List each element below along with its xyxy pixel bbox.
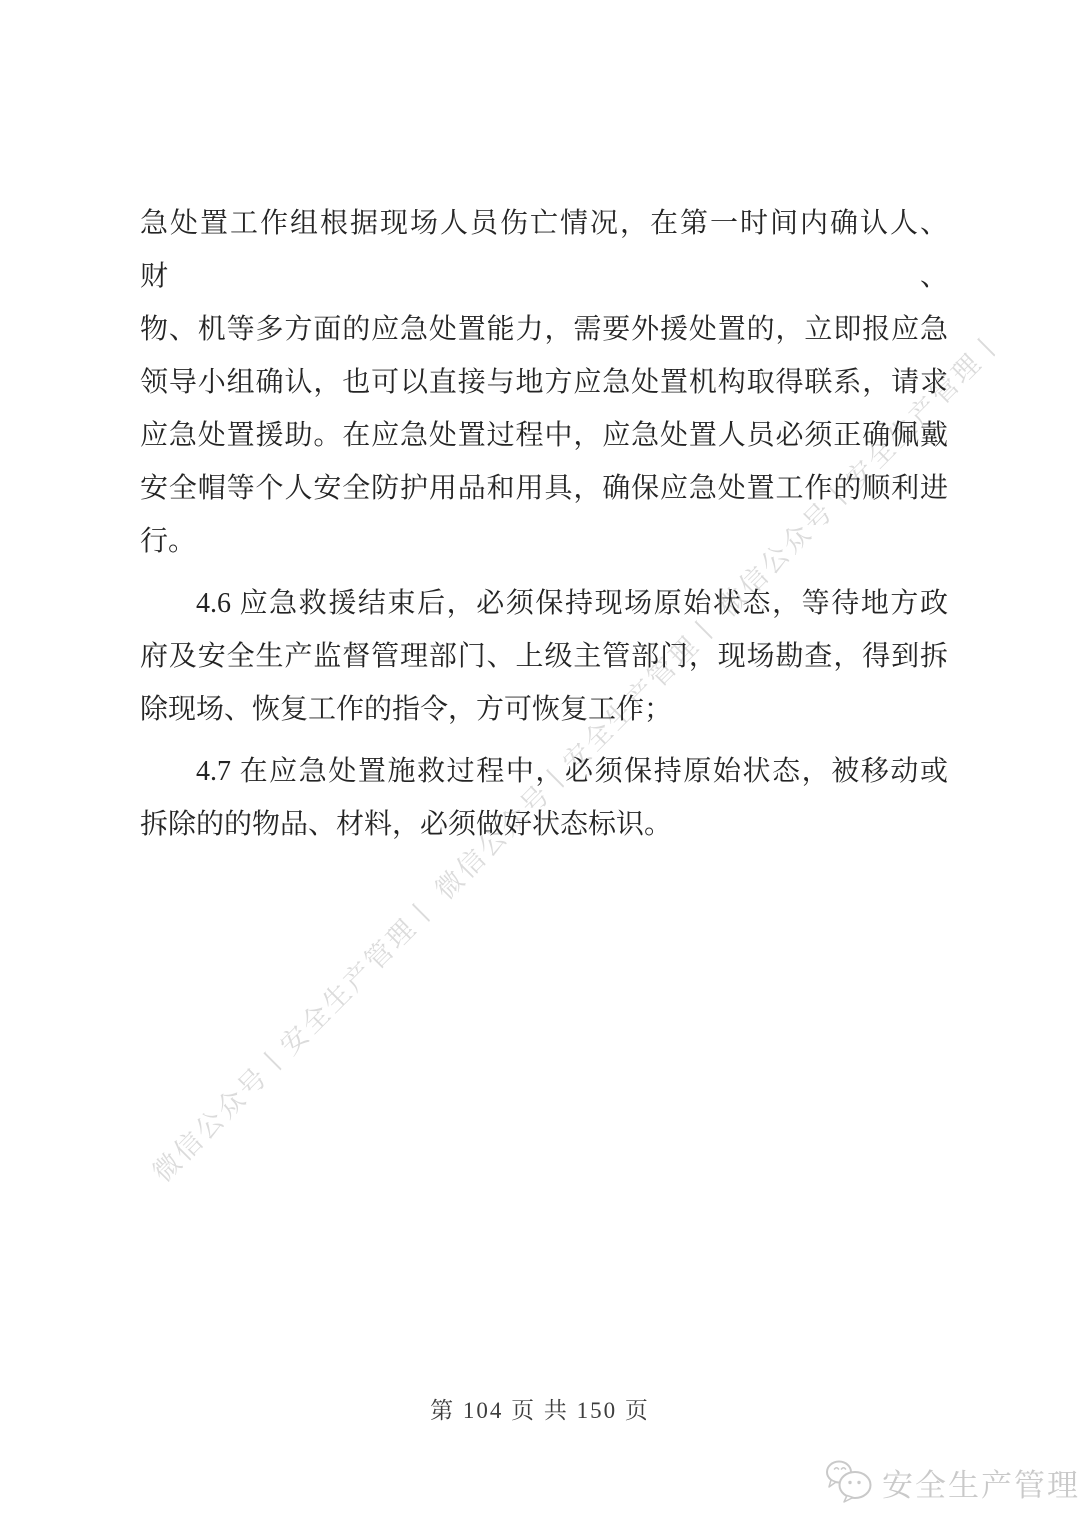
document-page: 微信公众号丨安全生产管理丨 微信公众号丨安全生产管理丨 微信公众号丨安全生产管理… xyxy=(0,0,1080,1528)
body-line: 应急处置援助。在应急处置过程中，应急处置人员必须正确佩戴 xyxy=(140,409,948,462)
body-line-clause-4-7: 4.7 在应急处置施救过程中，必须保持原始状态，被移动或 xyxy=(140,745,948,798)
body-line: 物、机等多方面的应急处置能力，需要外援处置的，立即报应急 xyxy=(140,303,948,356)
page-number: 第 104 页 共 150 页 xyxy=(0,1392,1080,1425)
wechat-icon xyxy=(824,1458,874,1506)
brand-footer: 安全生产管理 xyxy=(824,1456,1080,1508)
body-line: 安全帽等个人安全防护用品和用具，确保应急处置工作的顺利进 xyxy=(140,462,948,515)
body-line: 急处置工作组根据现场人员伤亡情况，在第一时间内确认人、财、 xyxy=(140,197,948,303)
body-line: 领导小组确认，也可以直接与地方应急处置机构取得联系，请求 xyxy=(140,356,948,409)
brand-name: 安全生产管理 xyxy=(882,1460,1080,1505)
body-line-clause-4-6: 4.6 应急救援结束后，必须保持现场原始状态，等待地方政 xyxy=(140,577,948,630)
body-line: 除现场、恢复工作的指令，方可恢复工作； xyxy=(140,683,948,736)
body-line: 府及安全生产监督管理部门、上级主管部门，现场勘查，得到拆 xyxy=(140,630,948,683)
body-text: 急处置工作组根据现场人员伤亡情况，在第一时间内确认人、财、 物、机等多方面的应急… xyxy=(140,197,948,851)
body-line: 行。 xyxy=(140,515,948,568)
body-line: 拆除的的物品、材料，必须做好状态标识。 xyxy=(140,798,948,851)
